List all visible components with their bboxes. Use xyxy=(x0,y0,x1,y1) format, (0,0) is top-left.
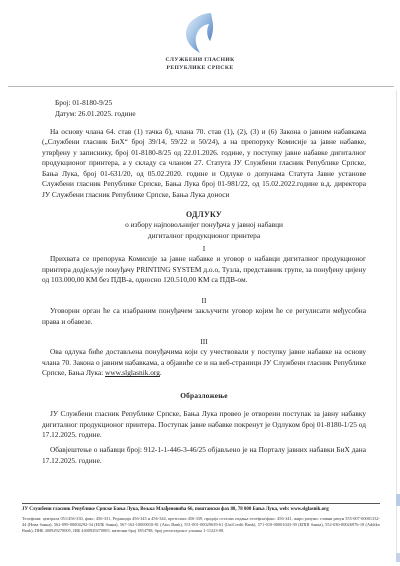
scanned-decision-document: СЛУЖБЕНИ ГЛАСНИК РЕПУБЛИКЕ СРПСКЕ Број: … xyxy=(0,0,400,566)
intro-paragraph: На основу члана 64. став (1) тачка б), ч… xyxy=(42,127,366,200)
decision-subtitle-2: дигиталног продукционог принтера xyxy=(42,231,366,241)
scan-artifact-edge xyxy=(396,90,397,556)
document-header: СЛУЖБЕНИ ГЛАСНИК РЕПУБЛИКЕ СРПСКЕ xyxy=(0,13,400,73)
section-3-text: Ова одлука биће достављена понуђачима ко… xyxy=(42,347,366,377)
org-name-line2: РЕПУБЛИКЕ СРПСКЕ xyxy=(0,64,400,72)
glasnik-logo-icon xyxy=(181,13,219,53)
document-footer: ЈУ Службени гласник Републике Српске Бањ… xyxy=(22,503,380,535)
rationale-paragraph-1: ЈУ Службени гласник Републике Српске, Ба… xyxy=(42,409,366,440)
rationale-title: Образложење xyxy=(42,391,366,401)
org-name-line1: СЛУЖБЕНИ ГЛАСНИК xyxy=(0,56,400,64)
section-numeral-3: III xyxy=(42,337,366,347)
document-meta: Број: 01-8180-9/25 Датум: 26.01.2025. го… xyxy=(55,98,136,120)
document-body: На основу члана 64. став (1) тачка б), ч… xyxy=(42,127,366,466)
section-paragraph-3: Ова одлука биће достављена понуђачима ко… xyxy=(42,347,366,378)
document-date: Датум: 26.01.2025. године xyxy=(55,109,136,120)
footer-address-line: ЈУ Службени гласник Републике Српске Бањ… xyxy=(22,507,380,513)
rationale-paragraph-2: Обавјештење о набавци број: 912-1-1-446-… xyxy=(42,445,366,466)
section-numeral-2: II xyxy=(42,296,366,306)
document-number: Број: 01-8180-9/25 xyxy=(55,98,136,109)
section-paragraph-2: Уговорни орган ће са изабраним понуђачем… xyxy=(42,306,366,327)
footer-contact-line: Телефони: централа 051/456-330, факс: 45… xyxy=(22,516,380,535)
scan-artifact-line xyxy=(8,86,394,87)
section-paragraph-1: Прихвата се препорука Комисије за јавне … xyxy=(42,254,366,285)
scan-artifact-mark xyxy=(396,494,400,506)
scan-artifact-mark xyxy=(396,553,400,562)
section-numeral-1: I xyxy=(42,244,366,254)
decision-subtitle-1: о избору најповољнијег понуђача у јавној… xyxy=(42,220,366,230)
section-3-text-end: . xyxy=(160,368,162,377)
decision-title: ОДЛУКУ xyxy=(42,209,366,220)
footer-divider xyxy=(22,503,380,504)
website-link[interactable]: www.slglasnik.org xyxy=(105,368,160,377)
